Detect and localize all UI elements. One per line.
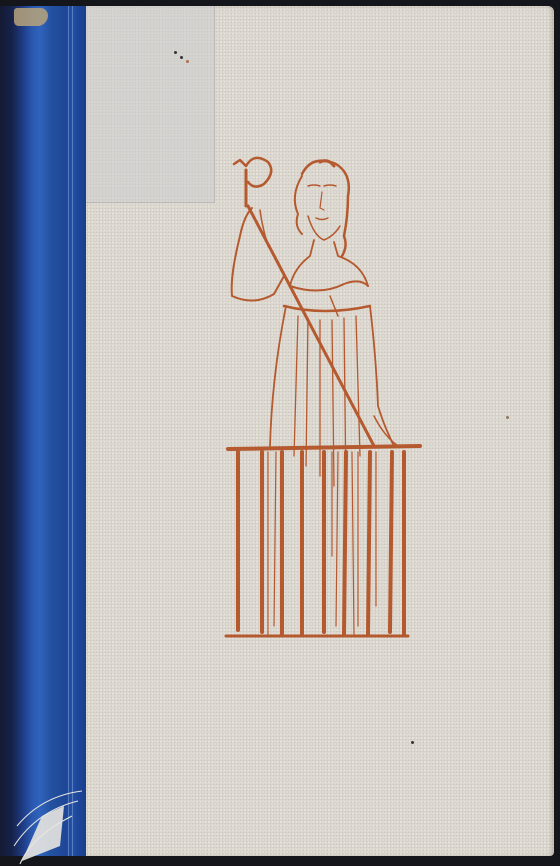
- speck: [506, 416, 509, 419]
- spine-tear: [14, 8, 48, 26]
- book-cover: [86, 6, 554, 856]
- speck: [180, 56, 183, 59]
- woman-behind-railing-illustration: [224, 156, 424, 646]
- frayed-thread-icon: [12, 776, 82, 866]
- book-spine: [0, 6, 86, 856]
- spine-crease: [68, 6, 69, 856]
- book: [0, 6, 556, 856]
- spine-crease: [72, 6, 73, 856]
- speck: [186, 60, 189, 63]
- speck: [411, 741, 414, 744]
- speck: [174, 51, 177, 54]
- tape-patch: [86, 6, 215, 203]
